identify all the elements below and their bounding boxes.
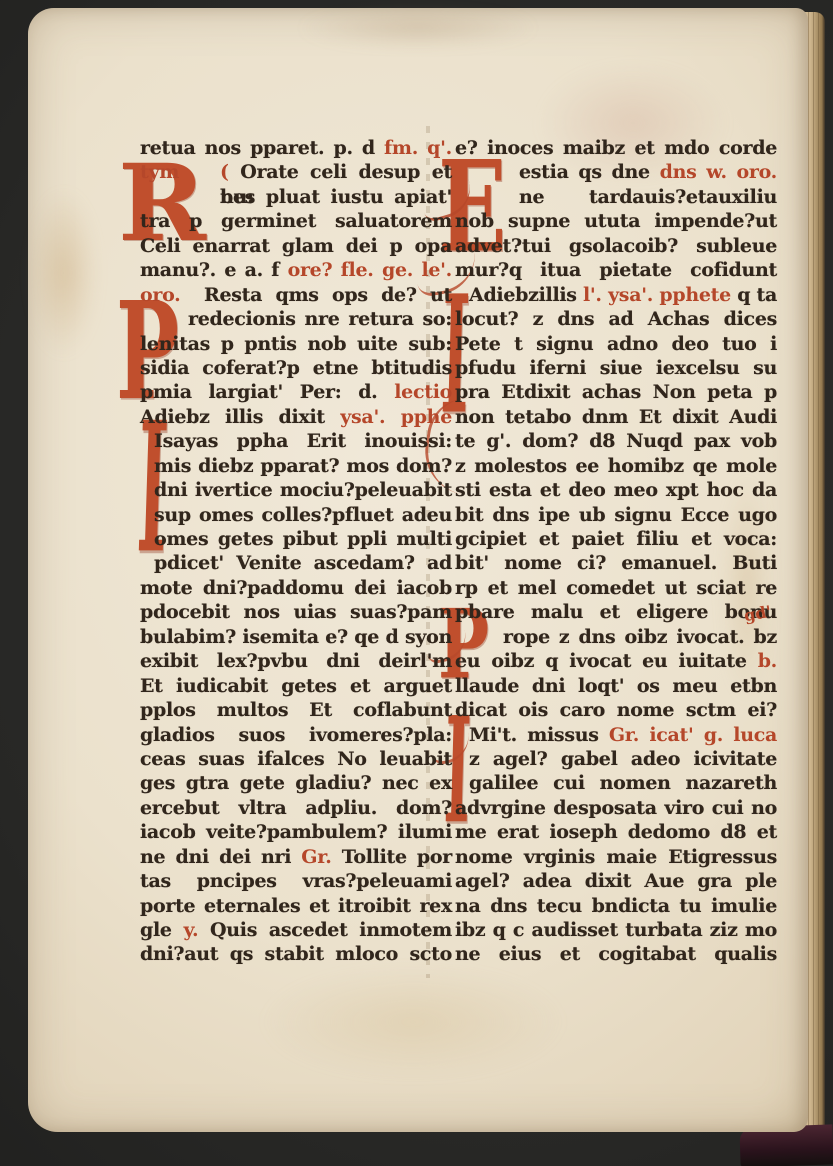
body-text: Adiebz illis dixit — [140, 406, 340, 428]
body-text: pmia largiat' Per: d. — [140, 381, 394, 403]
text-line: pplos multos Et coflabunt — [140, 698, 452, 722]
body-text: rp et mel comedet ut sciat re — [455, 577, 777, 599]
body-text: dni ivertice mociu?peleuabit — [154, 479, 452, 501]
rubric-text: l'. ysa'. pphete — [583, 284, 737, 306]
text-line: omes getes pibut ppli multi — [140, 527, 452, 551]
rubric-text: ysa'. pphe — [340, 406, 452, 428]
body-text: non tetabo dnm Et dixit Audi — [455, 406, 777, 428]
body-text: pdocebit nos uias suas?pam — [140, 601, 452, 623]
body-text: exibit lex?pvbu dni deirl'm — [140, 650, 452, 672]
body-text: nome vrginis maie Etigressus — [455, 846, 777, 868]
body-text: dicat ois caro nome sctm ei? — [455, 699, 777, 721]
body-text: mote dni?paddomu dei iacob — [140, 577, 452, 599]
body-text: Celi enarrat glam dei p opa — [140, 235, 452, 257]
body-text: ercebut vltra adpliu. dom? — [140, 797, 452, 819]
body-text: galilee cui nomen nazareth — [469, 772, 777, 794]
text-line: e? inoces maibz et mdo corde — [455, 136, 777, 160]
text-line: Mi't. missus Gr. icat' g. luca — [455, 723, 777, 747]
text-line: ges gtra gete gladiu? nec ex — [140, 771, 452, 795]
text-line: manu?. e a. f ore? fle. ge. le'. oro. — [140, 258, 452, 282]
rubric-text: Gr. — [301, 846, 341, 868]
rubric-text: dns w. oro. — [660, 161, 777, 183]
parchment-stain — [16, 158, 111, 388]
text-line: na dns tecu bndicta tu imulie — [455, 894, 777, 918]
text-line: nob supne ututa impende?ut — [455, 209, 777, 233]
text-line: retua nos pparet. p. d fm. q'. tym — [140, 136, 452, 160]
text-line: z agel? gabel adeo icivitate — [455, 747, 777, 771]
body-text: Adiebzillis — [469, 284, 583, 306]
body-text: lenitas p pntis nob uite sub: — [140, 333, 452, 355]
body-text: sti esta et deo meo xpt hoc da — [455, 479, 777, 501]
text-line: dni ivertice mociu?peleuabit — [140, 478, 452, 502]
rubric-text: ( — [220, 161, 240, 183]
body-text: Mi't. missus — [469, 724, 609, 746]
body-text: ne tardauis?etauxiliu — [519, 186, 777, 208]
text-line: dicat ois caro nome sctm ei? — [455, 698, 777, 722]
body-text: agel? adea dixit Aue gra ple — [455, 870, 777, 892]
body-text: gcipiet et paiet filiu et voca: — [455, 528, 777, 550]
rubric-text: y. — [183, 919, 210, 941]
rubric-text: Gr. icat' g. luca — [609, 724, 777, 746]
text-line: advet?tui gsolacoib? subleue — [455, 234, 777, 258]
body-text: na dns tecu bndicta tu imulie — [455, 895, 777, 917]
rubric-text: b. — [758, 650, 777, 672]
body-text: eu oibz q ivocat eu iuitate — [455, 650, 758, 672]
text-column-left: retua nos pparet. p. d fm. q'. tym( Orat… — [140, 136, 452, 967]
text-line: lenitas p pntis nob uite sub: — [140, 332, 452, 356]
body-text: omes getes pibut ppli multi — [154, 528, 452, 550]
body-text: ne eius et cogitabat qualis — [455, 943, 777, 965]
body-text: te g'. dom? d8 Nuqd pax vob — [455, 430, 777, 452]
body-text: tra p germinet saluatorem — [140, 210, 452, 232]
text-line: gle y. Quis ascedet inmotem — [140, 918, 452, 942]
text-line: te g'. dom? d8 Nuqd pax vob — [455, 429, 777, 453]
body-text: porte eternales et itroibit rex — [140, 895, 452, 917]
body-text: bes pluat iustu apiat' — [220, 186, 452, 208]
text-line: tra p germinet saluatorem — [140, 209, 452, 233]
text-line: Adiebz illis dixit ysa'. pphe — [140, 405, 452, 429]
body-text: tas pncipes vras?peleuami — [140, 870, 452, 892]
body-text: iacob veite?pambulem? ilumi — [140, 821, 452, 843]
text-line: mis diebz pparat? mos dom? — [140, 454, 452, 478]
body-text: advrgine desposata viro cui no — [455, 797, 777, 819]
parchment-stain — [258, 2, 578, 54]
text-line: bit' nome ci? emanuel. Buti — [455, 551, 777, 575]
text-line: porte eternales et itroibit rex — [140, 894, 452, 918]
body-text: manu?. e a. f — [140, 259, 288, 281]
text-line: pbare malu et eligere bonu — [455, 600, 777, 624]
text-column-right: e? inoces maibz et mdo cordeestia qs dne… — [455, 136, 777, 967]
body-text: nob supne ututa impende?ut — [455, 210, 777, 232]
text-line: ceas suas ifalces No leuabit — [140, 747, 452, 771]
body-text: ne dni dei nri — [140, 846, 301, 868]
body-text: mis diebz pparat? mos dom? — [154, 455, 452, 477]
text-line: pdocebit nos uias suas?pam — [140, 600, 452, 624]
body-text: estia qs dne — [519, 161, 660, 183]
manuscript-page: R P I E I P I retua nos pparet. p. d fm.… — [28, 8, 808, 1132]
body-text: pdicet' Venite ascedam? ad — [154, 552, 452, 574]
text-line: sup omes colles?pfluet adeu — [140, 503, 452, 527]
text-line: locut? z dns ad Achas dices — [455, 307, 777, 331]
text-line: agel? adea dixit Aue gra ple — [455, 869, 777, 893]
text-line: Isayas ppha Erit inouissi: — [140, 429, 452, 453]
body-text: ibz q c audisset turbata ziz mo — [455, 919, 777, 941]
rubric-text: lectio — [394, 381, 452, 403]
text-line: sti esta et deo meo xpt hoc da — [455, 478, 777, 502]
body-text: advet?tui gsolacoib? subleue — [455, 235, 777, 257]
body-text: pplos multos Et coflabunt — [140, 699, 452, 721]
body-text: pbare malu et eligere bonu — [455, 601, 777, 623]
text-line: z molestos ee homibz qe mole — [455, 454, 777, 478]
text-line: bit dns ipe ub signu Ecce ugo — [455, 503, 777, 527]
body-text: bit' nome ci? emanuel. Buti — [455, 552, 777, 574]
text-line: ibz q c audisset turbata ziz mo — [455, 918, 777, 942]
text-line: ne eius et cogitabat qualis — [455, 942, 777, 966]
text-line: me erat ioseph dedomo d8 et — [455, 820, 777, 844]
text-line: Celi enarrat glam dei p opa — [140, 234, 452, 258]
body-text: gle — [140, 919, 183, 941]
text-line: rp et mel comedet ut sciat re — [455, 576, 777, 600]
body-text: Pete t signu adno deo tuo i — [455, 333, 777, 355]
body-text: Tollite por — [342, 846, 452, 868]
text-line: Pete t signu adno deo tuo i — [455, 332, 777, 356]
text-line: llaude dni loqt' os meu etbn — [455, 674, 777, 698]
text-line: pfudu iferni siue iexcelsu su — [455, 356, 777, 380]
body-text: Isayas ppha Erit inouissi: — [154, 430, 452, 452]
body-text: Et iudicabit getes et arguet — [140, 675, 452, 697]
body-text: e? inoces maibz et mdo corde — [455, 137, 777, 159]
text-line: mur?q itua pietate cofidunt — [455, 258, 777, 282]
text-line: nome vrginis maie Etigressus — [455, 845, 777, 869]
body-text: sup omes colles?pfluet adeu — [154, 504, 452, 526]
text-line: non tetabo dnm Et dixit Audi — [455, 405, 777, 429]
text-line: Resta qms ops de? ut — [140, 283, 452, 307]
text-line: redecionis nre retura so: — [140, 307, 452, 331]
text-line: gladios suos ivomeres?pla: — [140, 723, 452, 747]
text-line: gcipiet et paiet filiu et voca: — [455, 527, 777, 551]
text-line: bes pluat iustu apiat' — [140, 185, 452, 209]
body-text: bulabim? isemita e? qe d syon — [140, 626, 452, 648]
photo-background: R P I E I P I retua nos pparet. p. d fm.… — [0, 0, 833, 1166]
body-text: ges gtra gete gladiu? nec ex — [140, 772, 452, 794]
text-line: ne tardauis?etauxiliu — [455, 185, 777, 209]
text-line: tas pncipes vras?peleuami — [140, 869, 452, 893]
text-line: sidia coferat?p etne btitudis — [140, 356, 452, 380]
body-text: retua nos pparet. p. d — [140, 137, 384, 159]
body-text: llaude dni loqt' os meu etbn — [455, 675, 777, 697]
text-line: pdicet' Venite ascedam? ad — [140, 551, 452, 575]
text-line: bulabim? isemita e? qe d syon — [140, 625, 452, 649]
text-line: mote dni?paddomu dei iacob — [140, 576, 452, 600]
body-text: gladios suos ivomeres?pla: — [140, 724, 452, 746]
body-text: q ta — [737, 284, 777, 306]
body-text: Quis ascedet inmotem — [210, 919, 452, 941]
text-line: estia qs dne dns w. oro. — [455, 160, 777, 184]
text-line: exibit lex?pvbu dni deirl'm — [140, 649, 452, 673]
body-text: mur?q itua pietate cofidunt — [455, 259, 777, 281]
text-line: iacob veite?pambulem? ilumi — [140, 820, 452, 844]
body-text: z molestos ee homibz qe mole — [455, 455, 777, 477]
text-line: ne dni dei nri Gr. Tollite por — [140, 845, 452, 869]
body-text: locut? z dns ad Achas dices — [455, 308, 777, 330]
text-line: advrgine desposata viro cui no — [455, 796, 777, 820]
body-text: Resta qms ops de? ut — [204, 284, 452, 306]
body-text: rope z dns oibz ivocat. bz — [503, 626, 777, 648]
text-line: pmia largiat' Per: d. lectio — [140, 380, 452, 404]
body-text: ceas suas ifalces No leuabit — [140, 748, 452, 770]
body-text: sidia coferat?p etne btitudis — [140, 357, 452, 379]
text-line: dni?aut qs stabit mloco scto — [140, 942, 452, 966]
body-text: bit dns ipe ub signu Ecce ugo — [455, 504, 777, 526]
text-line: galilee cui nomen nazareth — [455, 771, 777, 795]
body-text: redecionis nre retura so: — [188, 308, 452, 330]
text-line: eu oibz q ivocat eu iuitate b. — [455, 649, 777, 673]
body-text: z agel? gabel adeo icivitate — [469, 748, 777, 770]
text-line: rope z dns oibz ivocat. bz — [455, 625, 777, 649]
text-line: pra Etdixit achas Non peta p — [455, 380, 777, 404]
text-line: Et iudicabit getes et arguet — [140, 674, 452, 698]
text-line: Adiebzillis l'. ysa'. pphete q ta — [455, 283, 777, 307]
text-line: ( Orate celi desup et nu: — [140, 160, 452, 184]
text-line: ercebut vltra adpliu. dom? — [140, 796, 452, 820]
body-text: me erat ioseph dedomo d8 et — [455, 821, 777, 843]
body-text: dni?aut qs stabit mloco scto — [140, 943, 452, 965]
body-text: pra Etdixit achas Non peta p — [455, 381, 777, 403]
body-text: pfudu iferni siue iexcelsu su — [455, 357, 777, 379]
